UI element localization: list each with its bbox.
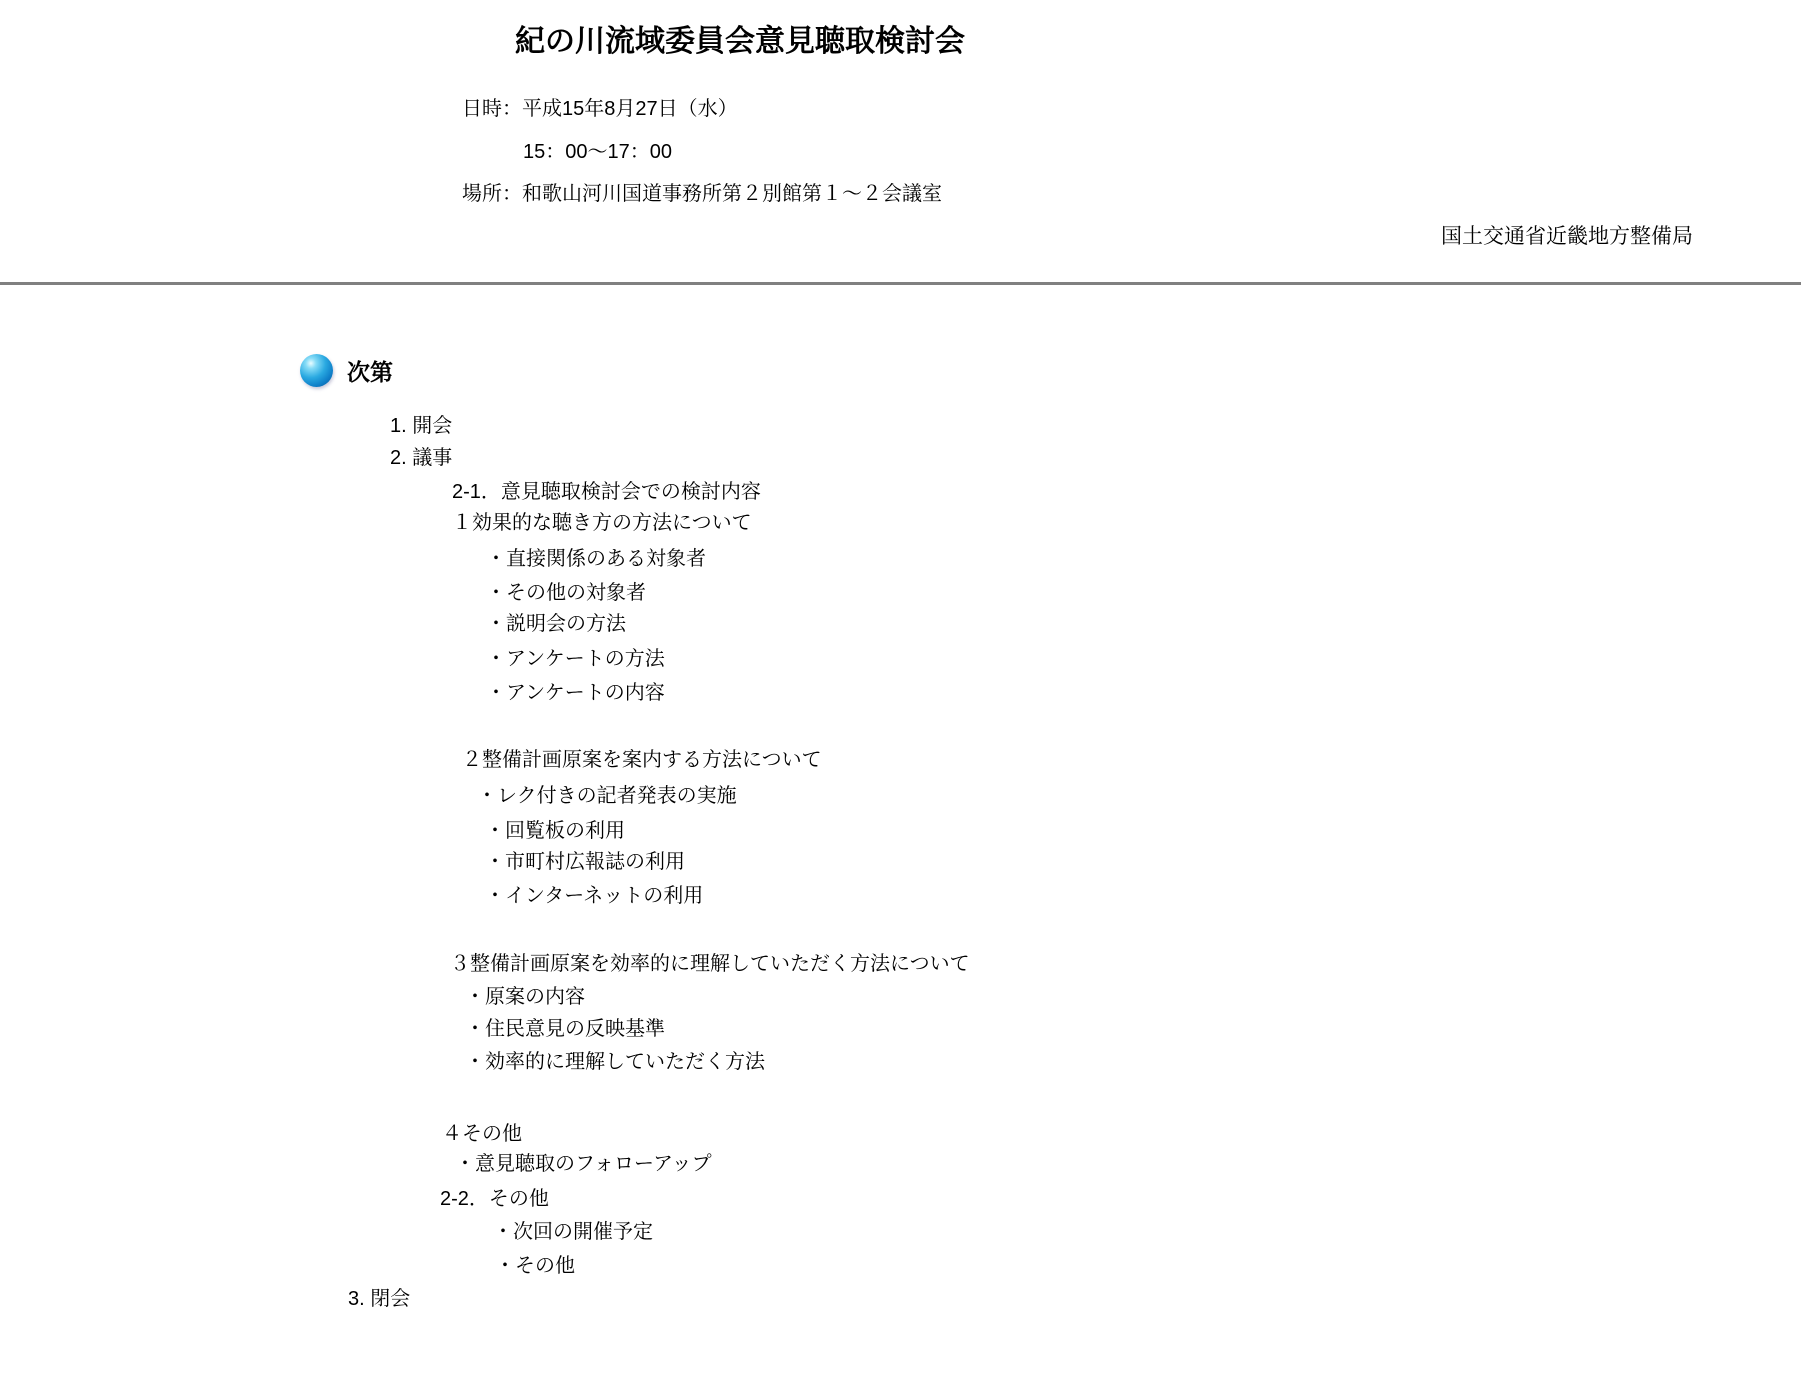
agenda-line: 2-1．意見聴取検討会での検討内容 [452, 480, 761, 504]
agenda-line: 1. 開会 [390, 414, 452, 438]
agenda-line: ・インターネットの利用 [485, 884, 703, 908]
agenda-line: ・効率的に理解していただく方法 [465, 1050, 765, 1074]
agenda-line: 3. 閉会 [348, 1287, 410, 1311]
agenda-line: ・レク付きの記者発表の実施 [477, 784, 737, 808]
place-label: 場所： [462, 177, 522, 206]
agenda-line: ・アンケートの内容 [486, 681, 665, 705]
agenda-line: ３整備計画原案を効率的に理解していただく方法について [450, 952, 970, 976]
agenda-line: ４その他 [442, 1122, 522, 1146]
agenda-line: ・その他 [495, 1254, 575, 1278]
agenda-line: ・住民意見の反映基準 [465, 1017, 665, 1041]
agenda-line: ・直接関係のある対象者 [486, 547, 706, 571]
time-value: 15：00～17：00 [523, 135, 672, 164]
agenda-line: ２整備計画原案を案内する方法について [462, 748, 822, 772]
agenda-line: 2. 議事 [390, 446, 452, 470]
document-title: 紀の川流域委員会意見聴取検討会 [515, 16, 965, 60]
document-page: 紀の川流域委員会意見聴取検討会 日時： 平成15年8月27日（水） 15：00～… [0, 0, 1801, 1383]
agenda-heading-label: 次第 [347, 354, 393, 387]
agenda-line: ・その他の対象者 [486, 581, 646, 605]
agenda-line: ・原案の内容 [465, 985, 585, 1009]
agenda-line: ・意見聴取のフォローアップ [455, 1152, 712, 1176]
organization-name: 国土交通省近畿地方整備局 [1441, 220, 1693, 250]
datetime-row: 日時： 平成15年8月27日（水） [462, 92, 738, 121]
agenda-line: ・次回の開催予定 [493, 1220, 653, 1244]
agenda-line: ・説明会の方法 [486, 612, 626, 636]
datetime-value: 平成15年8月27日（水） [522, 92, 738, 121]
place-row: 場所： 和歌山河川国道事務所第２別館第１～２会議室 [462, 177, 942, 206]
datetime-label: 日時： [462, 92, 522, 121]
agenda-line: 2-2．その他 [440, 1187, 549, 1211]
blue-sphere-bullet-icon [300, 354, 333, 387]
agenda-line: ・アンケートの方法 [486, 647, 665, 671]
divider-line [0, 282, 1801, 285]
place-value: 和歌山河川国道事務所第２別館第１～２会議室 [522, 177, 942, 206]
agenda-line: ・市町村広報誌の利用 [485, 850, 685, 874]
agenda-line: ・回覧板の利用 [485, 819, 625, 843]
agenda-line: １効果的な聴き方の方法について [452, 511, 752, 535]
agenda-heading-row: 次第 [300, 354, 393, 387]
